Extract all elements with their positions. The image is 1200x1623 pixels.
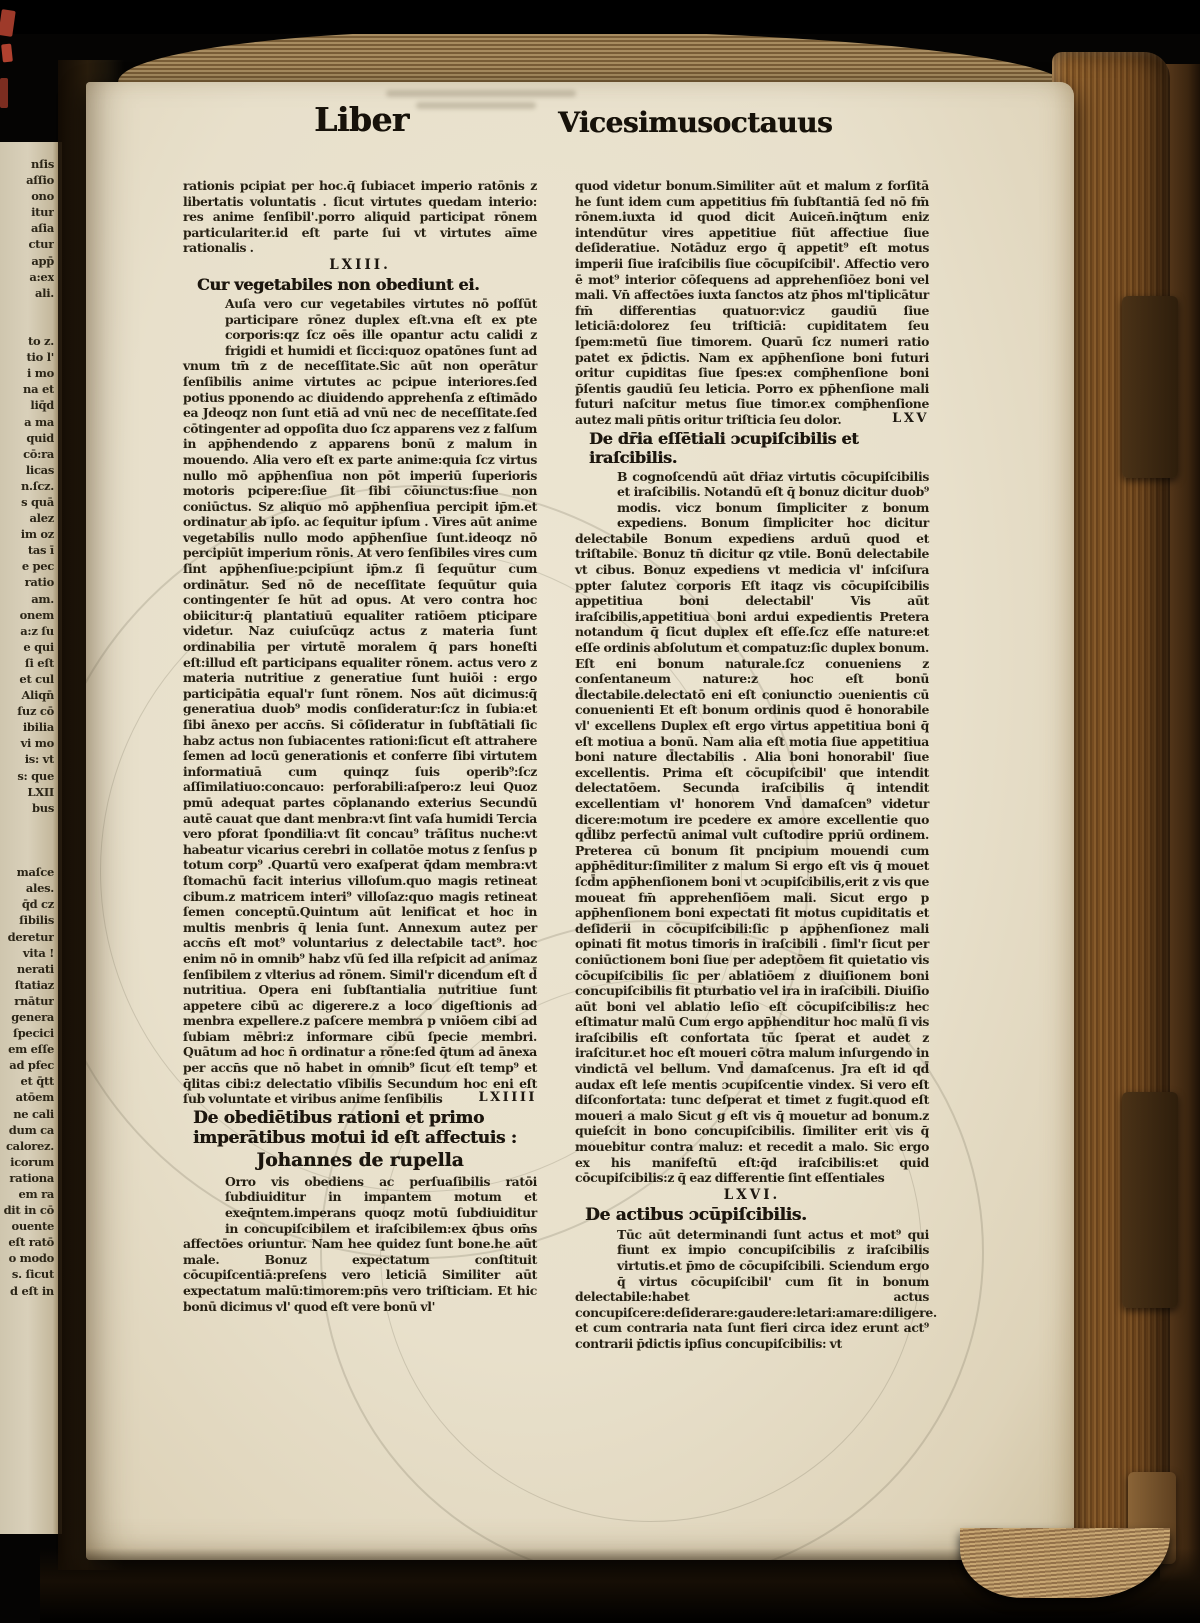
- section-65-paragraph: B cognoſcendū aūt dr̄iaz virtutis cōcupi…: [575, 469, 929, 1186]
- initial-letter-space: [575, 1227, 617, 1274]
- marginalia-line: nerati: [0, 961, 54, 977]
- marginalia-line: alez: [0, 510, 54, 526]
- marginalia-line: e qui: [0, 639, 54, 655]
- chapter-number-64-label: LXIIII: [478, 1090, 537, 1106]
- marginalia-line: o modo: [0, 1250, 54, 1266]
- marginalia-line: is: vt: [0, 751, 54, 767]
- marginalia-line: [0, 832, 54, 848]
- marginalia-line: [0, 301, 54, 317]
- marginalia-line: tio l': [0, 349, 54, 365]
- marginalia-line: ne cali: [0, 1106, 54, 1122]
- marginalia-line: am.: [0, 591, 54, 607]
- marginalia-line: cō:ra: [0, 446, 54, 462]
- leather-tab: [1122, 296, 1178, 478]
- marginalia-line: e pec: [0, 558, 54, 574]
- initial-letter-space: [183, 296, 225, 343]
- incunabulum-photo: nſisaſſioonoituraſiacturapp̄a:exali.to z…: [0, 0, 1200, 1623]
- marginalia-line: i mo: [0, 365, 54, 381]
- marginalia-line: ad pfec: [0, 1057, 54, 1073]
- marginalia-line: ſibilis: [0, 912, 54, 928]
- marginalia-line: ouente: [0, 1218, 54, 1234]
- spine-red-mark: [1, 44, 13, 63]
- marginalia-line: ibilia: [0, 719, 54, 735]
- marginalia-line: LXII: [0, 784, 54, 800]
- marginalia-line: deretur: [0, 929, 54, 945]
- marginalia-line: bus: [0, 800, 54, 816]
- marginalia-line: dit in cō: [0, 1202, 54, 1218]
- paragraph-text: Auſa vero cur vegetabiles virtutes nō po…: [183, 296, 537, 1106]
- marginalia-line: rnātur: [0, 993, 54, 1009]
- left-text-column: rationis pcipiat per hoc.q̄ ſubiacet imp…: [183, 178, 537, 1314]
- marginalia-line: [0, 317, 54, 333]
- section-64-paragraph: Orro vis obediens ac perſuaſibilis ratōi…: [183, 1174, 537, 1314]
- facing-page-edge: nſisaſſioonoituraſiacturapp̄a:exali.to z…: [0, 142, 62, 1534]
- marginalia-line: et cul: [0, 671, 54, 687]
- leather-tab: [1122, 1092, 1178, 1308]
- marginalia-line: im oz: [0, 526, 54, 542]
- marginalia-line: licas: [0, 462, 54, 478]
- marginalia-column: nſisaſſioonoituraſiacturapp̄a:exali.to z…: [0, 156, 54, 1316]
- marginalia-line: atōem: [0, 1089, 54, 1105]
- marginalia-line: ſi eſt: [0, 655, 54, 671]
- paragraph-text: quod videtur bonum.Similiter aūt et malu…: [575, 178, 929, 427]
- marginalia-line: ratio: [0, 574, 54, 590]
- marginalia-line: vita !: [0, 945, 54, 961]
- marginalia-line: vi mo: [0, 735, 54, 751]
- marginalia-line: ſpecici: [0, 1025, 54, 1041]
- marginalia-line: Aliqn̄: [0, 687, 54, 703]
- marginalia-line: itur: [0, 204, 54, 220]
- marginalia-line: s: que: [0, 768, 54, 784]
- marginalia-line: ales.: [0, 880, 54, 896]
- running-header-right: Vicesimusoctauus: [558, 106, 832, 139]
- pencil-smudge: [416, 102, 536, 109]
- marginalia-line: ctur: [0, 236, 54, 252]
- marginalia-line: genera: [0, 1009, 54, 1025]
- continuation-paragraph: quod videtur bonum.Similiter aūt et malu…: [575, 178, 929, 428]
- marginalia-line: app̄: [0, 253, 54, 269]
- marginalia-line: calorez.: [0, 1138, 54, 1154]
- initial-letter-space: [183, 1174, 225, 1221]
- marginalia-line: ono: [0, 188, 54, 204]
- marginalia-line: dum ca: [0, 1122, 54, 1138]
- marginalia-line: n.ſcz.: [0, 478, 54, 494]
- marginalia-line: ſtatiaz: [0, 977, 54, 993]
- running-header-left: Liber: [314, 100, 409, 139]
- marginalia-line: a:ex: [0, 269, 54, 285]
- right-text-column: quod videtur bonum.Similiter aūt et malu…: [575, 178, 929, 1352]
- chapter-number-66: LXVI.: [575, 1187, 929, 1204]
- intro-paragraph: rationis pcipiat per hoc.q̄ ſubiacet imp…: [183, 178, 537, 256]
- chapter-number-63: LXIII.: [183, 257, 537, 274]
- marginalia-line: ali.: [0, 285, 54, 301]
- section-64-heading: De obediētibus rationi et primo imperāti…: [183, 1108, 537, 1148]
- marginalia-line: maſce: [0, 864, 54, 880]
- marginalia-line: aſia: [0, 220, 54, 236]
- marginalia-line: [0, 816, 54, 832]
- marginalia-line: icorum: [0, 1154, 54, 1170]
- marginalia-line: a ma: [0, 414, 54, 430]
- marginalia-line: eſt ratō: [0, 1234, 54, 1250]
- section-63-paragraph: Auſa vero cur vegetabiles virtutes nō po…: [183, 296, 537, 1107]
- marginalia-line: aſſio: [0, 172, 54, 188]
- backdrop: [0, 0, 1200, 34]
- section-65-heading: De dr̄ia eſſētiali ɔcupiſcibilis et iraſ…: [575, 429, 929, 467]
- marginalia-line: d eſt in: [0, 1283, 54, 1299]
- marginalia-line: et q̄tt: [0, 1073, 54, 1089]
- marginalia-line: tas ī: [0, 542, 54, 558]
- marginalia-line: ſuz cō: [0, 703, 54, 719]
- paragraph-text: B cognoſcendū aūt dr̄iaz virtutis cōcupi…: [575, 469, 929, 1186]
- marginalia-line: s. ſicut: [0, 1266, 54, 1282]
- pencil-smudge: [386, 90, 576, 97]
- marginalia-line: na et: [0, 381, 54, 397]
- marginalia-line: liq̄d: [0, 397, 54, 413]
- marginalia-line: quid: [0, 430, 54, 446]
- marginalia-line: rationa: [0, 1170, 54, 1186]
- section-66-paragraph: Tūc aūt determinandi ſunt actus et mot⁹ …: [575, 1227, 929, 1352]
- chapter-number-65-label: LXV: [892, 411, 929, 427]
- marginalia-line: onem: [0, 607, 54, 623]
- marginalia-line: q̄d cz: [0, 896, 54, 912]
- paragraph-text: Tūc aūt determinandi ſunt actus et mot⁹ …: [575, 1227, 937, 1351]
- section-66-heading: De actibus ɔcūpiſcibilis.: [575, 1205, 929, 1225]
- marginalia-line: em ra: [0, 1186, 54, 1202]
- marginalia-line: em eſſe: [0, 1041, 54, 1057]
- page-top-edge: [118, 30, 1068, 88]
- marginalia-line: to z.: [0, 333, 54, 349]
- paragraph-text: Orro vis obediens ac perſuaſibilis ratōi…: [183, 1174, 537, 1314]
- marginalia-line: a:z ſu: [0, 623, 54, 639]
- book-page: Liber Vicesimusoctauus rationis pcipiat …: [86, 82, 1074, 1560]
- marginalia-line: s quā: [0, 494, 54, 510]
- marginalia-line: nſis: [0, 156, 54, 172]
- marginalia-line: [0, 848, 54, 864]
- author-name: Johannes de rupella: [183, 1150, 537, 1172]
- spine-red-mark: [0, 78, 8, 108]
- initial-letter-space: [575, 469, 617, 516]
- section-63-heading: Cur vegetabiles non obediunt ei.: [183, 275, 537, 294]
